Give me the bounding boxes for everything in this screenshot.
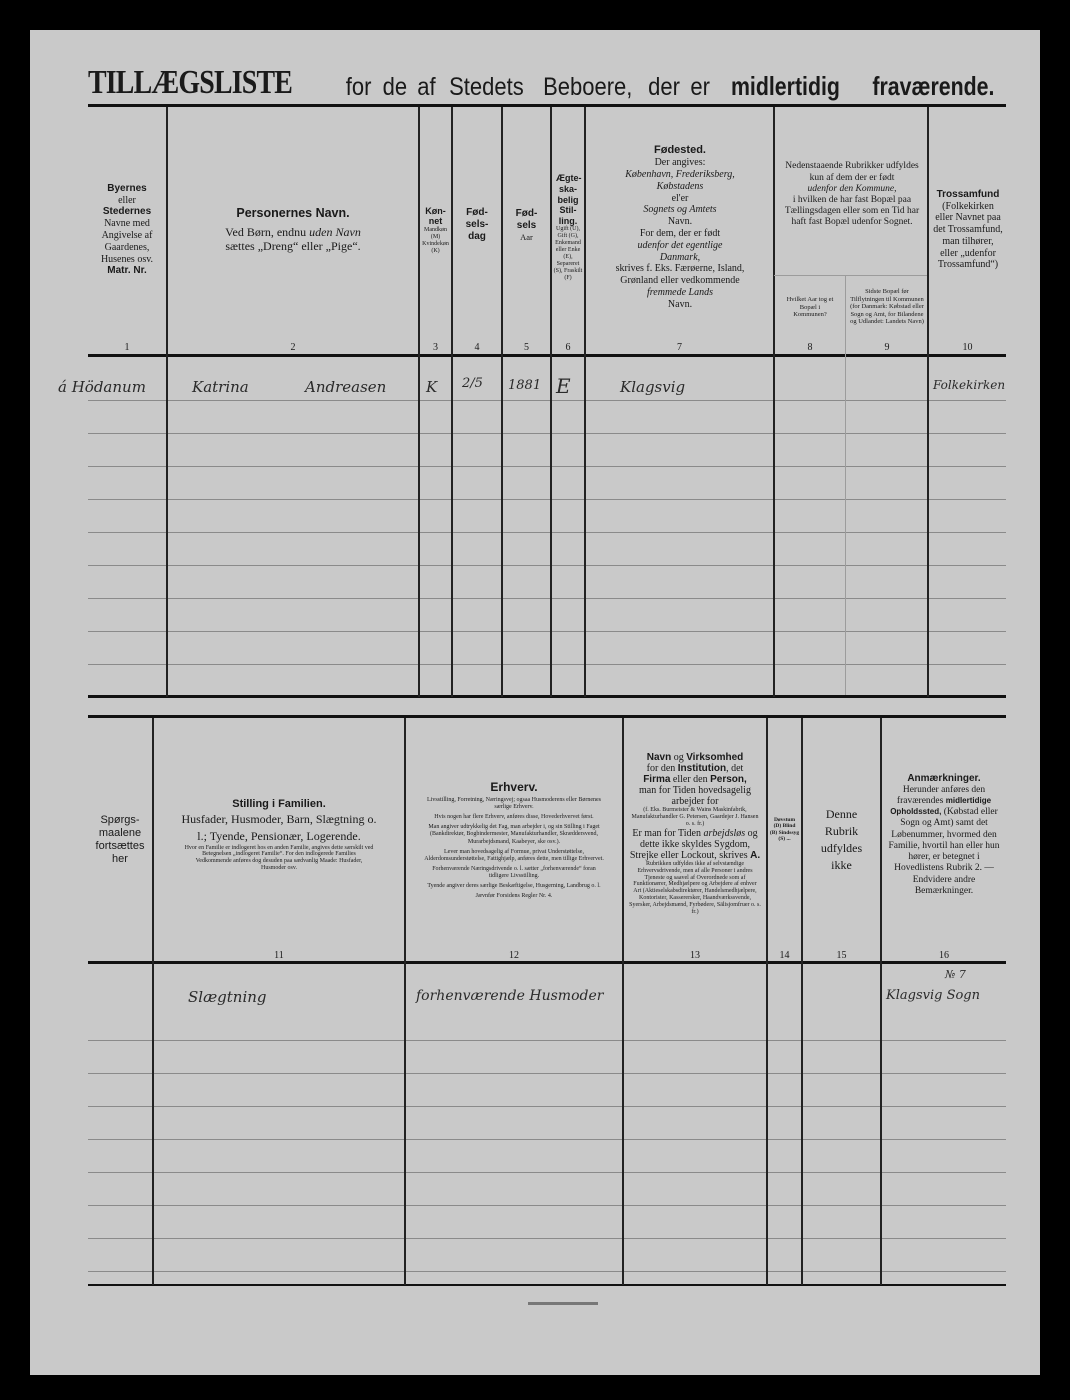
entry-occupation: forhenværende Husmoder (416, 988, 603, 1004)
col-number: 5 (503, 342, 550, 353)
entry-remarks: Klagsvig Sogn (886, 988, 980, 1003)
col-number: 2 (168, 342, 418, 353)
row-rule (88, 1271, 1006, 1272)
header-col-5: Fød-sels Aar (503, 190, 550, 260)
lower-bottom-rule (88, 1284, 1006, 1286)
col-divider (622, 718, 624, 1285)
entry-religion: Folkekirken (933, 378, 1005, 392)
row-rule (88, 1073, 1006, 1074)
row-rule (88, 1172, 1006, 1173)
row-rule (88, 433, 1006, 434)
header-continued-note: Spørgs-maalene fortsættes her (88, 790, 152, 890)
row-rule (88, 598, 1006, 599)
col-number: 7 (586, 342, 773, 353)
form-title: TILLÆGSLISTE for de af Stedets Beboere, … (88, 58, 1008, 102)
col-number: 15 (803, 950, 880, 961)
col-divider (584, 107, 586, 697)
col-number: 1 (88, 342, 166, 353)
col-divider (773, 107, 775, 697)
col-number: 4 (453, 342, 501, 353)
header-col-1: Byernes eller Stedernes Navne med Angive… (88, 160, 166, 300)
printer-mark (528, 1302, 598, 1305)
entry-birth-year: 1881 (508, 378, 541, 393)
entry-birth-day: 2/5 (462, 376, 483, 391)
header-col-8: Hvilket Aar tog et Bopæl i Kommunen? (776, 280, 844, 335)
title-main: TILLÆGSLISTE (88, 64, 292, 102)
row-rule (88, 466, 1006, 467)
header-col-9: Sidste Bopæl før Tilflytningen til Kommu… (847, 278, 927, 336)
entry-marital-status: E (556, 374, 571, 398)
entry-first-name: Katrina (192, 378, 249, 396)
row-rule (88, 565, 1006, 566)
header-col-15: Denne Rubrik udfyldes ikke (803, 790, 880, 890)
header-col-16: Anmærkninger. Herunder anføres den fravæ… (883, 760, 1005, 910)
col-number: 10 (929, 342, 1006, 353)
entry-family-status: Slægtning (188, 988, 267, 1006)
entry-gender: K (426, 378, 437, 396)
entry-birthplace: Klagsvig (620, 378, 685, 396)
row-rule (88, 499, 1006, 500)
entry-place: á Hödanum (58, 378, 146, 396)
lower-header-rule (88, 961, 1006, 964)
header-col-2: Personernes Navn. Ved Børn, endnu uden N… (168, 190, 418, 270)
col-divider (880, 718, 882, 1285)
upper-top-rule (88, 104, 1006, 107)
header-col-14: Døvstum (D) Blind (B) Sindssyg (S) ... (768, 722, 801, 937)
header-col-10: Trossamfund (Folkekirken eller Navnet pa… (930, 160, 1006, 300)
header-col-6: Ægte-ska-belig Stil-ling. Ugift (U), Gif… (552, 135, 584, 320)
header-col-3: Køn-net Mandkøn (M) Kvindekøn (K) (420, 180, 451, 280)
col-number: 13 (624, 950, 766, 961)
row-rule (88, 664, 1006, 665)
subheader-rule (774, 275, 928, 276)
col-divider (927, 107, 929, 697)
row-rule (88, 1106, 1006, 1107)
upper-header-rule (88, 354, 1006, 357)
header-col-12: Erhverv. Livsstilling, Forretning, Nærin… (408, 745, 620, 935)
col-divider-thin (845, 275, 846, 695)
lower-top-rule (88, 715, 1006, 718)
col-number: 8 (775, 342, 845, 353)
row-rule (88, 532, 1006, 533)
row-rule (88, 1205, 1006, 1206)
row-rule (88, 400, 1006, 401)
col-number: 14 (768, 950, 801, 961)
header-group-8-9: Nedenstaaende Rubrikker udfyldes kun af … (778, 120, 926, 270)
col-number: 11 (154, 950, 404, 961)
upper-bottom-rule (88, 695, 1006, 698)
entry-remarks-number: № 7 (945, 968, 966, 981)
row-rule (88, 1238, 1006, 1239)
col-divider (404, 718, 406, 1285)
row-rule (88, 1040, 1006, 1041)
header-col-11: Stilling i Familien. Husfader, Husmoder,… (156, 775, 402, 895)
col-number: 3 (420, 342, 451, 353)
col-number: 9 (847, 342, 927, 353)
col-divider (152, 718, 154, 1285)
entry-last-name: Andreasen (305, 378, 386, 396)
row-rule (88, 1139, 1006, 1140)
header-col-4: Fød-sels-dag (453, 190, 501, 260)
row-rule (88, 631, 1006, 632)
col-number: 12 (406, 950, 622, 961)
header-col-7: Fødested. Der angives: København, Freder… (590, 120, 770, 335)
col-number: 6 (552, 342, 584, 353)
col-number: 16 (882, 950, 1006, 961)
header-col-13: Navn og Virksomhed for den Institution, … (625, 720, 765, 948)
